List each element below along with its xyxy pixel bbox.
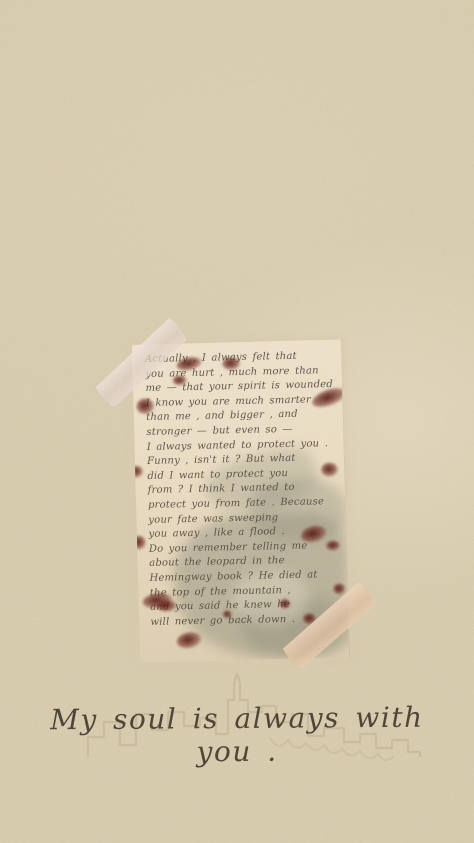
blood-stain xyxy=(132,466,143,478)
blood-stain xyxy=(175,630,202,650)
quote-text: My soul is always with you . xyxy=(16,700,458,769)
wallpaper-background: Actually , I always felt thatyou are hur… xyxy=(0,0,474,843)
letter-paper: Actually , I always felt thatyou are hur… xyxy=(132,339,350,662)
blood-stain xyxy=(132,536,146,550)
letter-text: Actually , I always felt thatyou are hur… xyxy=(145,349,343,630)
